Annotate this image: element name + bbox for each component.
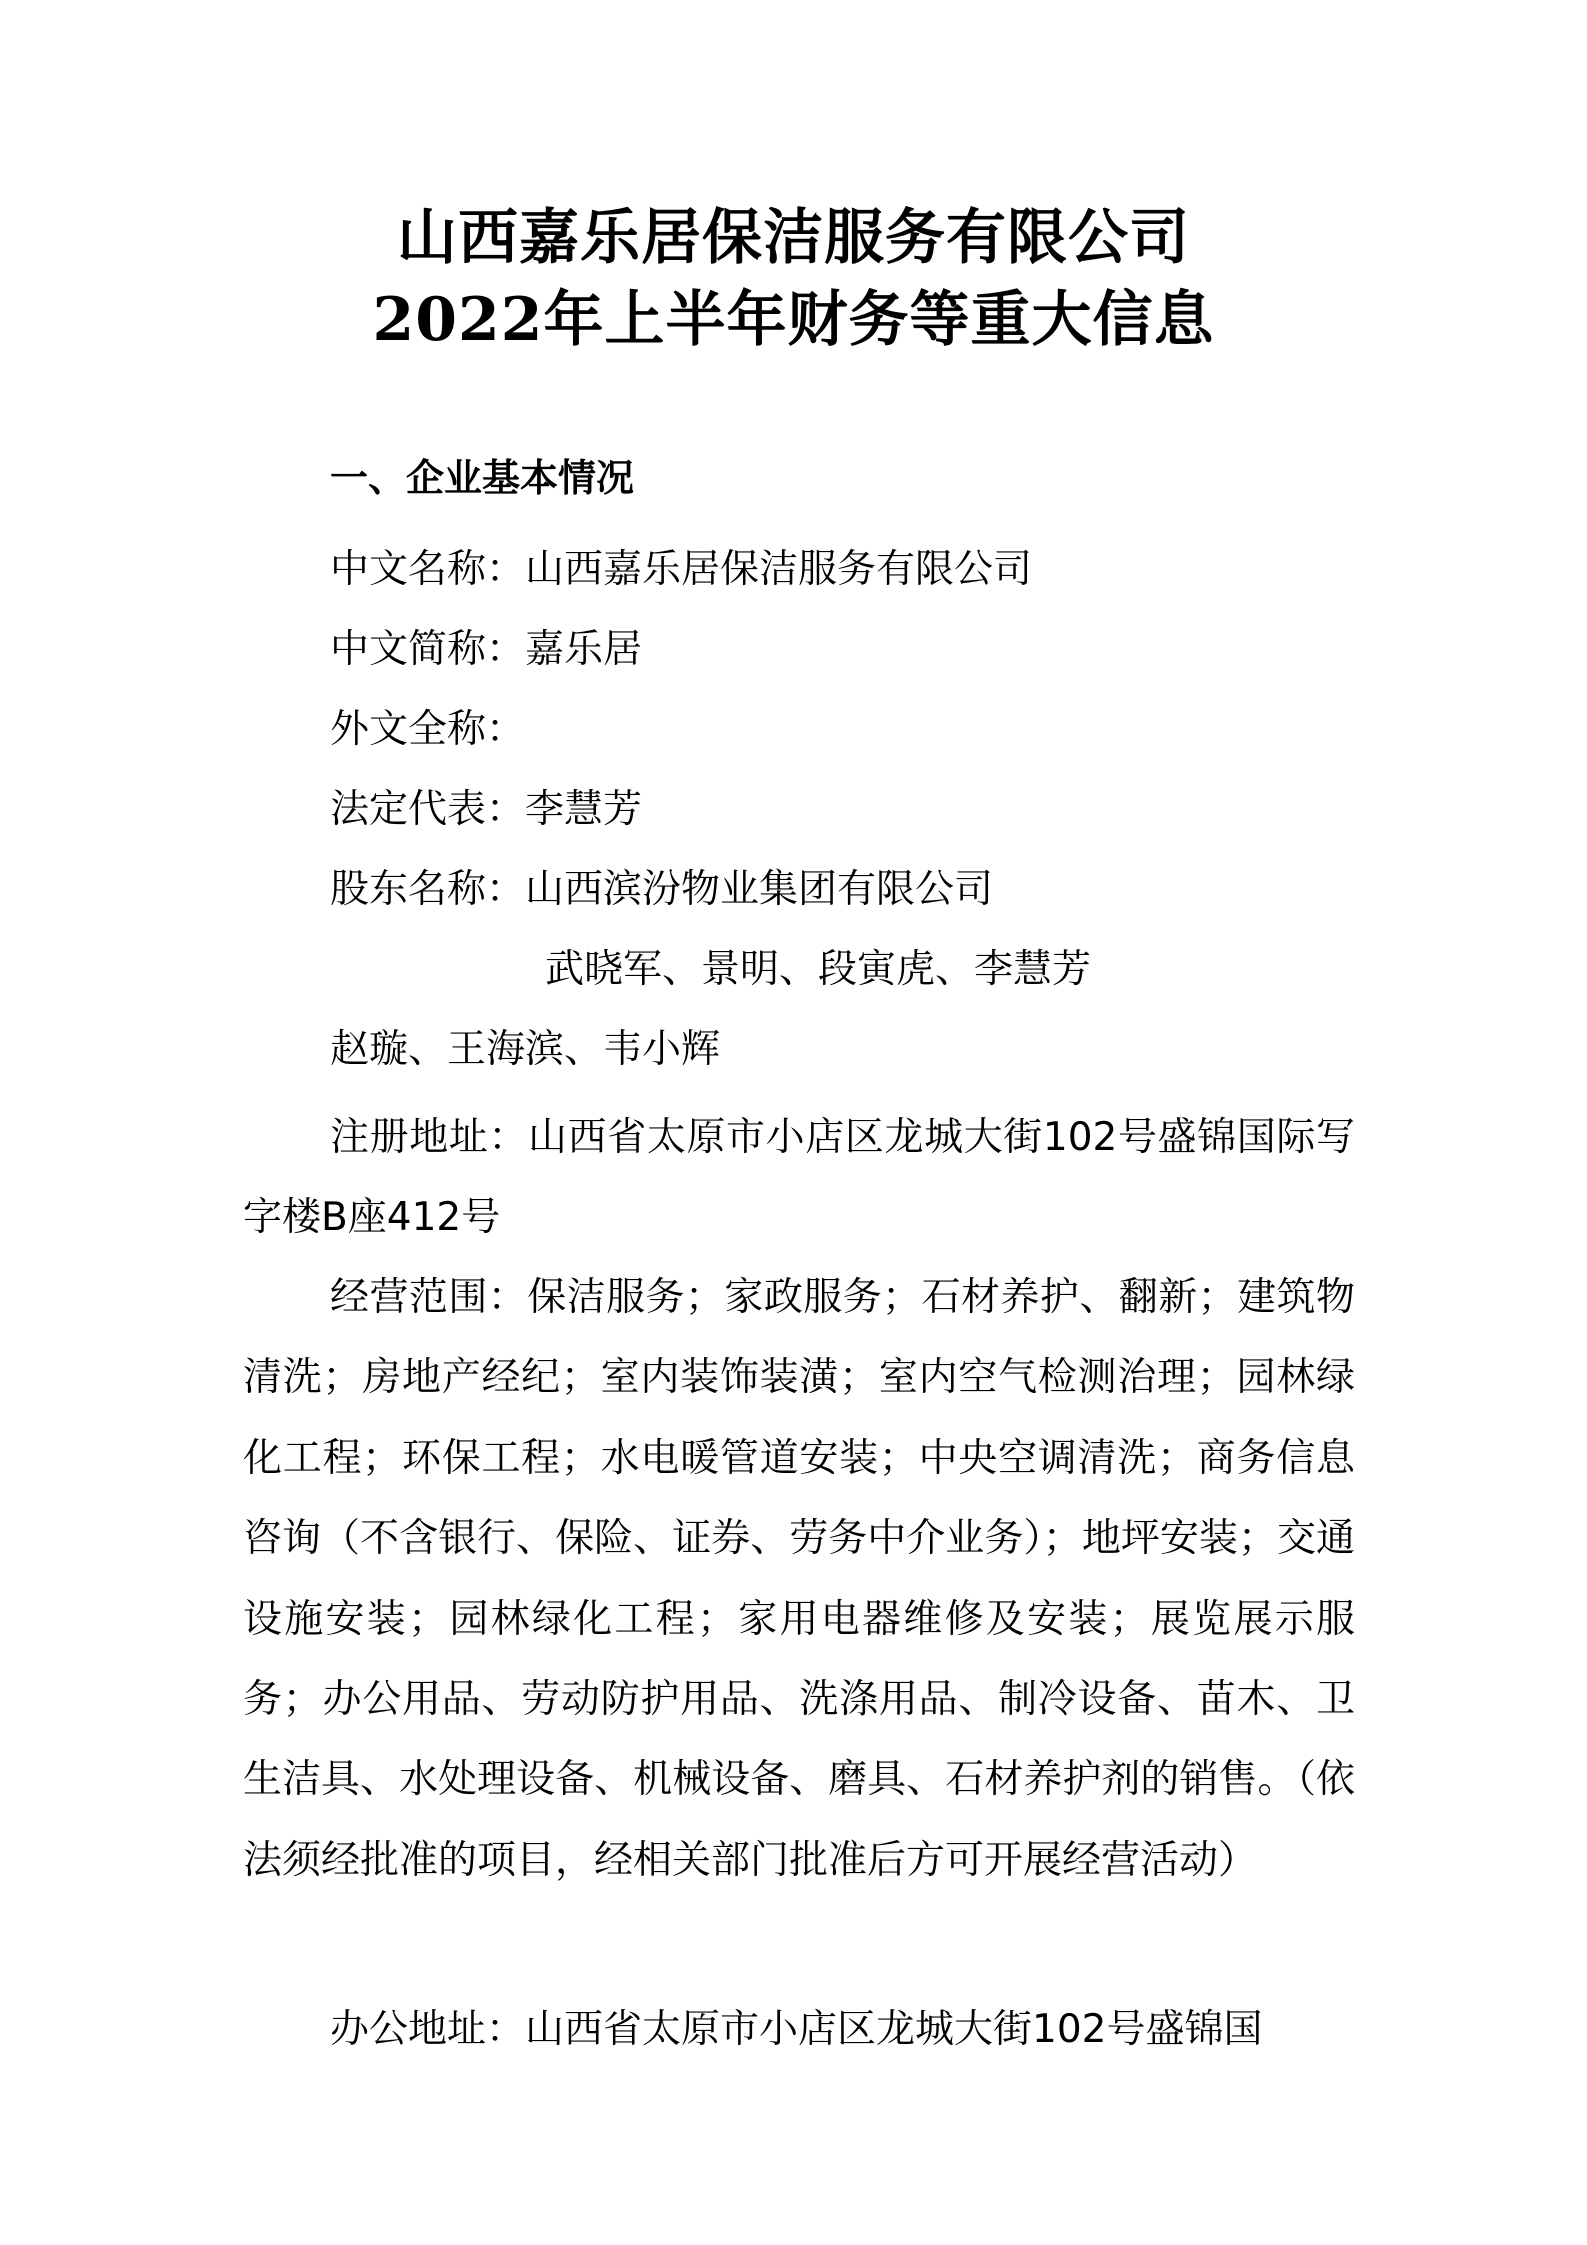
field-label: 法定代表： [330, 787, 525, 832]
field-foreign-name: 外文全称： [330, 700, 525, 760]
shareholders-line2: 武晓军、景明、段寅虎、李慧芳 [545, 940, 1091, 1000]
field-label: 中文名称： [330, 547, 525, 592]
document-title-line1: 山西嘉乐居保洁服务有限公司 [0, 198, 1587, 278]
field-label: 外文全称： [330, 707, 525, 752]
field-legal-representative: 法定代表：李慧芳 [330, 780, 642, 840]
field-label: 中文简称： [330, 627, 525, 672]
field-office-address: 办公地址：山西省太原市小店区龙城大街102号盛锦国 [330, 2000, 1262, 2060]
field-shareholders: 股东名称：山西滨汾物业集团有限公司 [330, 860, 993, 920]
field-chinese-short-name: 中文简称：嘉乐居 [330, 620, 642, 680]
section-heading-basic-info: 一、企业基本情况 [330, 448, 634, 508]
field-business-scope: 经营范围：保洁服务；家政服务；石材养护、翻新；建筑物清洗；房地产经纪；室内装饰装… [243, 1258, 1355, 1901]
field-value: 李慧芳 [525, 787, 642, 832]
shareholders-line3: 赵璇、王海滨、韦小辉 [330, 1020, 720, 1080]
field-label: 股东名称： [330, 867, 525, 912]
field-value: 嘉乐居 [525, 627, 642, 672]
field-value: 山西滨汾物业集团有限公司 [525, 867, 993, 912]
field-chinese-name: 中文名称：山西嘉乐居保洁服务有限公司 [330, 540, 1032, 600]
document-title-line2: 2022年上半年财务等重大信息 [0, 280, 1587, 360]
field-value: 山西嘉乐居保洁服务有限公司 [525, 547, 1032, 592]
field-registered-address: 注册地址：山西省太原市小店区龙城大街102号盛锦国际写字楼B座412号 [243, 1098, 1355, 1259]
